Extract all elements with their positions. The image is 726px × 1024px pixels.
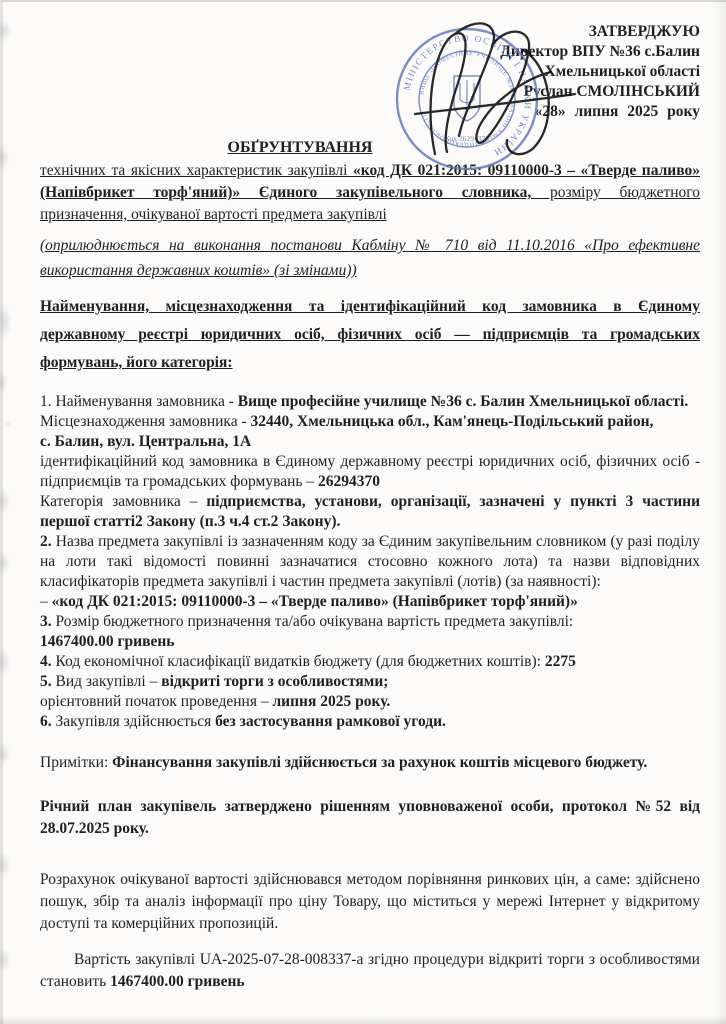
document-content: ЗАТВЕРДЖУЮ Директор ВПУ №36 с.Балин Хмел…: [40, 22, 700, 993]
scan-smudge: [0, 488, 10, 514]
approval-date: «28» липня 2025 року: [500, 102, 700, 122]
scan-smudge: [0, 552, 10, 574]
scan-edge-right: [712, 0, 726, 1024]
scan-edge-bottom: [0, 1016, 726, 1024]
notes-paragraph: Примітки: Фінансування закупівлі здійсню…: [40, 753, 700, 773]
page-title: ОБҐРУНТУВАННЯ: [40, 138, 560, 158]
scan-smudge: [0, 305, 12, 339]
scan-smudge: [0, 852, 10, 878]
scan-smudge: [0, 372, 8, 394]
legal-note: (оприлюднюється на виконання постанови К…: [40, 233, 700, 283]
scan-edge-top: [0, 0, 726, 2]
cost-paragraph: Вартість закупівлі UA-2025-07-28-008337-…: [40, 949, 700, 993]
section-heading: Найменування, місцезнаходження та іденти…: [40, 293, 700, 377]
approval-line: ЗАТВЕРДЖУЮ: [500, 22, 700, 42]
approval-block: ЗАТВЕРДЖУЮ Директор ВПУ №36 с.Балин Хмел…: [500, 22, 700, 122]
tender-id: UA-2025-07-28-008337-а: [200, 951, 364, 968]
scan-smudge: [0, 948, 10, 972]
scan-smudge: [0, 145, 9, 171]
scan-smudge: [0, 742, 10, 766]
scan-smudge: [0, 648, 10, 676]
approval-line: Директор ВПУ №36 с.Балин: [500, 42, 700, 62]
intro-paragraph: технічних та якісних характеристик закуп…: [40, 160, 700, 226]
customer-info: 1. Найменування замовника - Вище професі…: [40, 392, 700, 532]
scan-smudge: [4, 420, 12, 428]
procurement-details: 2. Назва предмета закупівлі із зазначенн…: [40, 532, 700, 732]
document-page: ЗАТВЕРДЖУЮ Директор ВПУ №36 с.Балин Хмел…: [0, 0, 726, 1024]
approval-line: Руслан СМОЛІНСЬКИЙ: [500, 82, 700, 102]
annual-plan-paragraph: Річний план закупівель затверджено рішен…: [40, 796, 700, 840]
approval-line: Хмельницької області: [500, 62, 700, 82]
calculation-paragraph: Розрахунок очікуваної вартості здійснюва…: [40, 869, 700, 935]
scan-smudge: [0, 20, 12, 42]
